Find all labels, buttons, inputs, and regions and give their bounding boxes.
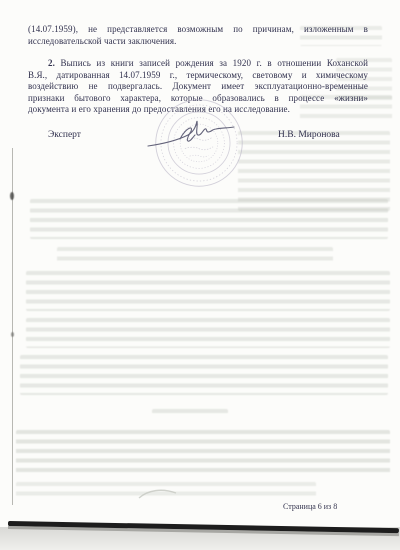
text-line: 2. Выпись из книги записей рождения за 1…	[28, 58, 368, 70]
bleed-through-block	[152, 409, 228, 417]
bleed-through-block	[30, 199, 388, 239]
stray-pen-mark	[138, 487, 178, 501]
bleed-through-block	[57, 247, 333, 265]
text-line: исследовательской части заключения.	[28, 36, 368, 48]
text-line: (14.07.1959), не представляется возможны…	[28, 24, 368, 36]
bleed-through-block	[26, 271, 390, 311]
binding-mark-2	[11, 332, 14, 337]
page-number: Страница 6 из 8	[283, 502, 337, 511]
bleed-through-block	[26, 318, 390, 348]
bleed-through-block	[16, 430, 390, 477]
paragraph-conclusion-1: (14.07.1959), не представляется возможны…	[28, 24, 368, 47]
page-fold-line	[12, 148, 13, 505]
scanned-document-page: (14.07.1959), не представляется возможны…	[0, 0, 400, 550]
binding-mark	[10, 192, 14, 200]
signature-icon	[146, 114, 238, 150]
expert-label: Эксперт	[48, 130, 81, 140]
expert-name: Н.В. Миронова	[278, 130, 340, 140]
text-line: воздействию не подвергалась. Документ им…	[28, 81, 368, 93]
bleed-through-block	[20, 355, 388, 395]
text-line: В.Я., датированная 14.07.1959 г., термич…	[28, 70, 368, 82]
